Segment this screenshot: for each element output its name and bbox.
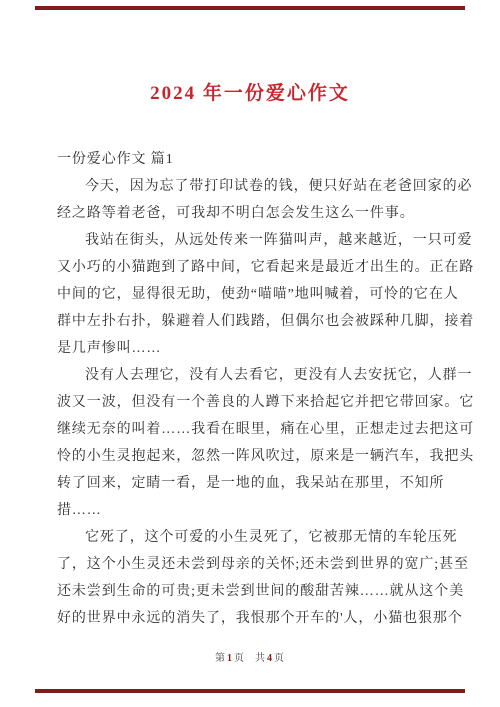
- text-line: 经之路等着老爸，可我却不明白怎会发生这么一件事。: [57, 200, 447, 227]
- footer-total-suffix: 页: [274, 653, 285, 664]
- paragraphs-container: 今天，因为忘了带打印试卷的钱，便只好站在老爸回家的必经之路等着老爸，可我却不明白…: [57, 173, 447, 632]
- text-line: 转了回来，定睛一看，是一地的血，我呆站在那里，不知所: [57, 470, 447, 497]
- text-line: 波又一波，但没有一个善良的人蹲下来拾起它并把它带回家。它: [57, 389, 447, 416]
- text-line: 措……: [57, 497, 447, 524]
- text-line: 又小巧的小猫跑到了路中间，它看起来是最近才出生的。正在路: [57, 254, 447, 281]
- text-line: 我站在街头，从远处传来一阵猫叫声，越来越近，一只可爱: [57, 227, 447, 254]
- text-line: 是几声惨叫……: [57, 335, 447, 362]
- document-body: 一份爱心作文 篇1 今天，因为忘了带打印试卷的钱，便只好站在老爸回家的必经之路等…: [57, 146, 447, 632]
- text-line: 今天，因为忘了带打印试卷的钱，便只好站在老爸回家的必: [57, 173, 447, 200]
- bottom-border-rule: [35, 689, 465, 693]
- document-page: 2024 年一份爱心作文 一份爱心作文 篇1 今天，因为忘了带打印试卷的钱，便只…: [0, 0, 500, 707]
- text-line: 好的世界中永远的消失了，我恨那个开车的'人，小猫也狠那个: [57, 605, 447, 632]
- top-border-rule: [35, 6, 465, 10]
- text-line: 群中左扑右扑，躲避着人们践踏，但偶尔也会被踩种几脚，接着: [57, 308, 447, 335]
- footer-page-number: 1: [226, 653, 234, 664]
- footer-page-suffix: 页: [234, 653, 245, 664]
- text-line: 继续无奈的叫着……我看在眼里，痛在心里，正想走过去把这可: [57, 416, 447, 443]
- footer-page-prefix: 第: [215, 653, 226, 664]
- text-line: 了，这个小生灵还未尝到母亲的关怀;还未尝到世界的宽广;甚至: [57, 551, 447, 578]
- page-title: 2024 年一份爱心作文: [0, 78, 500, 105]
- footer-total-number: 4: [266, 653, 274, 664]
- text-line: 怜的小生灵抱起来，忽然一阵风吹过，原来是一辆汽车，我把头: [57, 443, 447, 470]
- text-line: 中间的它，显得很无助，使劲“喵喵”地叫喊着，可怜的它在人: [57, 281, 447, 308]
- footer-total-prefix: 共: [255, 653, 266, 664]
- section-heading: 一份爱心作文 篇1: [57, 146, 447, 173]
- text-line: 没有人去理它，没有人去看它，更没有人去安抚它，人群一: [57, 362, 447, 389]
- text-line: 它死了，这个可爱的小生灵死了，它被那无情的车轮压死: [57, 524, 447, 551]
- text-line: 还未尝到生命的可贵;更未尝到世间的酸甜苦辣……就从这个美: [57, 578, 447, 605]
- page-footer: 第1页共4页: [0, 649, 500, 664]
